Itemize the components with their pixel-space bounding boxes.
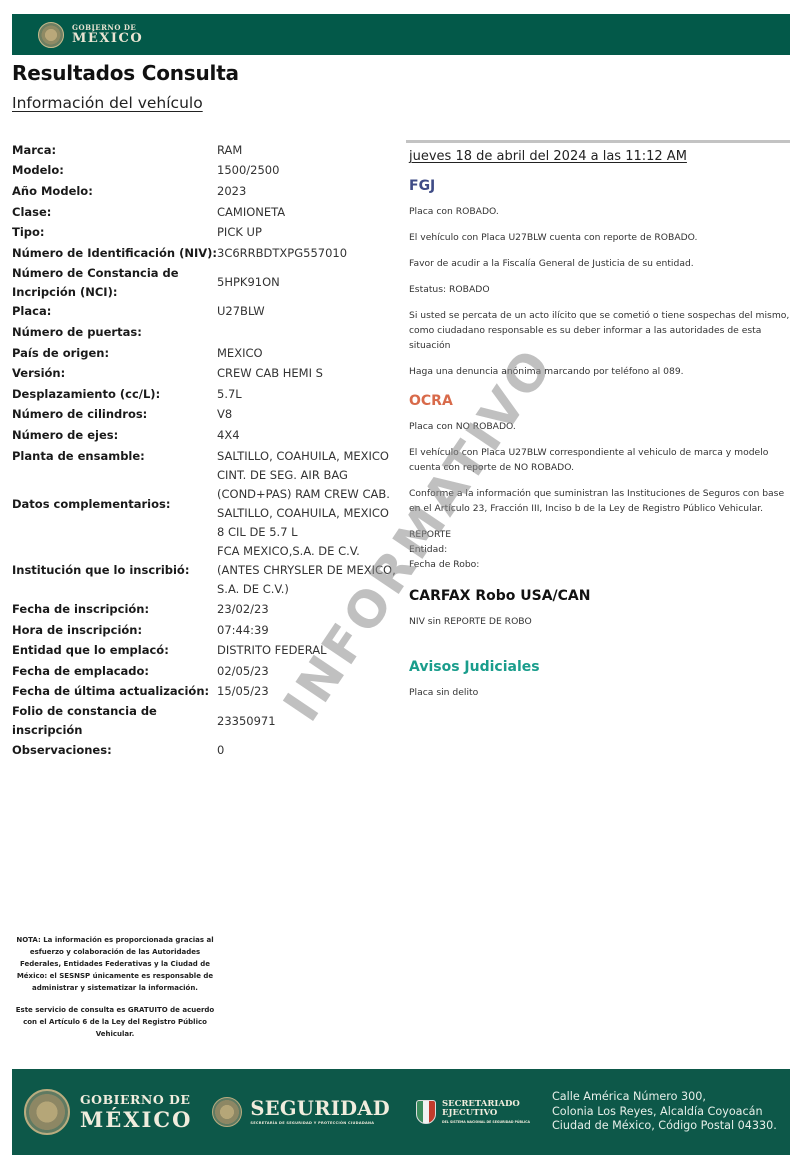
info-label: Número de Identificación (NIV): xyxy=(12,244,217,263)
footer-banner: GOBIERNO DE MÉXICO SEGURIDAD SECRETARÍA … xyxy=(12,1069,790,1155)
info-row: Número de Identificación (NIV):3C6RRBDTX… xyxy=(12,243,397,264)
info-value: 23350971 xyxy=(217,712,397,731)
info-label: Marca: xyxy=(12,141,217,160)
carfax-text: NIV sin REPORTE DE ROBO xyxy=(409,614,790,629)
info-row: País de origen:MEXICO xyxy=(12,343,397,364)
ocra-paragraph: El vehículo con Placa U27BLW correspondi… xyxy=(409,445,790,475)
ocra-paragraph: Placa con NO ROBADO. xyxy=(409,419,790,434)
address-line3: Ciudad de México, Código Postal 04330. xyxy=(552,1119,777,1134)
avisos-text: Placa sin delito xyxy=(409,685,790,700)
footer-sec-line3: DEL SISTEMA NACIONAL DE SEGURIDAD PÚBLIC… xyxy=(442,1120,530,1124)
info-label: Número de Constancia de Incripción (NCI)… xyxy=(12,264,217,302)
footer-gob-logo[interactable]: GOBIERNO DE MÉXICO xyxy=(80,1094,192,1130)
footer-sec-line2: EJECUTIVO xyxy=(442,1109,530,1118)
info-row: Placa:U27BLW xyxy=(12,302,397,323)
info-label: Fecha de última actualización: xyxy=(12,682,217,701)
info-row: Datos complementarios:CINT. DE SEG. AIR … xyxy=(12,466,397,542)
info-value: 23/02/23 xyxy=(217,600,397,619)
info-row: Fecha de inscripción:23/02/23 xyxy=(12,599,397,620)
logo-line2: MÉXICO xyxy=(72,32,143,45)
info-row: Planta de ensamble:SALTILLO, COAHUILA, M… xyxy=(12,446,397,467)
report-entidad: Entidad: xyxy=(409,542,790,557)
fgj-paragraph: Estatus: ROBADO xyxy=(409,282,790,297)
info-row: Modelo:1500/2500 xyxy=(12,161,397,182)
info-row: Tipo:PICK UP xyxy=(12,222,397,243)
info-row: Hora de inscripción:07:44:39 xyxy=(12,620,397,641)
info-label: Datos complementarios: xyxy=(12,495,217,514)
report-fecha-robo: Fecha de Robo: xyxy=(409,557,790,572)
results-panel: jueves 18 de abril del 2024 a las 11:12 … xyxy=(406,140,790,711)
footer-address: Calle América Número 300, Colonia Los Re… xyxy=(552,1090,777,1134)
info-value: U27BLW xyxy=(217,302,397,321)
info-label: Hora de inscripción: xyxy=(12,621,217,640)
ocra-title: OCRA xyxy=(409,393,790,409)
info-label: Entidad que lo emplacó: xyxy=(12,641,217,660)
info-value: 02/05/23 xyxy=(217,662,397,681)
gobierno-de-mexico-logo[interactable]: GOBIERNO DE MÉXICO xyxy=(72,24,143,45)
info-value: PICK UP xyxy=(217,223,397,242)
info-value: CINT. DE SEG. AIR BAG (COND+PAS) RAM CRE… xyxy=(217,466,397,542)
footer-gob-line1: GOBIERNO DE xyxy=(80,1094,192,1107)
info-label: Desplazamiento (cc/L): xyxy=(12,385,217,404)
fgj-paragraph: Favor de acudir a la Fiscalía General de… xyxy=(409,256,790,271)
top-banner: GOBIERNO DE MÉXICO xyxy=(12,14,790,55)
vehicle-info-table: Marca:RAMModelo:1500/2500Año Modelo:2023… xyxy=(12,140,397,761)
info-row: Fecha de última actualización:15/05/23 xyxy=(12,682,397,703)
info-value: 4X4 xyxy=(217,426,397,445)
fgj-paragraph: Si usted se percata de un acto ilícito q… xyxy=(409,308,790,353)
info-row: Año Modelo:2023 xyxy=(12,181,397,202)
coat-of-arms-icon xyxy=(38,22,64,48)
info-label: Número de ejes: xyxy=(12,426,217,445)
info-row: Marca:RAM xyxy=(12,140,397,161)
report-label: REPORTE xyxy=(409,527,790,542)
address-line2: Colonia Los Reyes, Alcaldía Coyoacán xyxy=(552,1105,777,1120)
page-subtitle: Información del vehículo xyxy=(12,94,203,112)
fgj-paragraph: Placa con ROBADO. xyxy=(409,204,790,219)
info-label: Número de puertas: xyxy=(12,323,217,342)
info-value: V8 xyxy=(217,405,397,424)
info-value: 5HPK91ON xyxy=(217,273,397,292)
info-value: FCA MEXICO,S.A. DE C.V. (ANTES CHRYSLER … xyxy=(217,542,397,599)
info-label: Fecha de inscripción: xyxy=(12,600,217,619)
coat-of-arms-icon xyxy=(24,1089,70,1135)
ocra-section: Placa con NO ROBADO.El vehículo con Plac… xyxy=(406,419,790,516)
info-value: 07:44:39 xyxy=(217,621,397,640)
info-label: Versión: xyxy=(12,364,217,383)
info-label: Tipo: xyxy=(12,223,217,242)
info-label: Placa: xyxy=(12,302,217,321)
secretariado-shield-icon xyxy=(416,1100,436,1124)
info-value: RAM xyxy=(217,141,397,160)
fgj-paragraph: El vehículo con Placa U27BLW cuenta con … xyxy=(409,230,790,245)
info-label: Número de cilindros: xyxy=(12,405,217,424)
disclaimer-note: NOTA: La información es proporcionada gr… xyxy=(12,934,218,1050)
info-row: Clase:CAMIONETA xyxy=(12,202,397,223)
info-row: Número de cilindros:V8 xyxy=(12,405,397,426)
info-label: Año Modelo: xyxy=(12,182,217,201)
avisos-title: Avisos Judiciales xyxy=(409,659,790,675)
info-value: SALTILLO, COAHUILA, MEXICO xyxy=(217,447,397,466)
info-row: Fecha de emplacado:02/05/23 xyxy=(12,661,397,682)
info-label: Folio de constancia de inscripción xyxy=(12,702,217,740)
info-row: Entidad que lo emplacó:DISTRITO FEDERAL xyxy=(12,641,397,662)
info-label: Institución que lo inscribió: xyxy=(12,561,217,580)
footer-seguridad-logo[interactable]: SEGURIDAD SECRETARÍA DE SEGURIDAD Y PROT… xyxy=(250,1099,390,1125)
info-row: Folio de constancia de inscripción233509… xyxy=(12,702,397,740)
footer-seg-line1: SEGURIDAD xyxy=(250,1099,390,1119)
info-row: Versión:CREW CAB HEMI S xyxy=(12,363,397,384)
footer-secretariado-logo[interactable]: SECRETARIADO EJECUTIVO DEL SISTEMA NACIO… xyxy=(442,1100,530,1124)
info-value: DISTRITO FEDERAL xyxy=(217,641,397,660)
gratuito-paragraph: Este servicio de consulta es GRATUITO de… xyxy=(12,1004,218,1040)
carfax-title: CARFAX Robo USA/CAN xyxy=(409,588,790,604)
query-date: jueves 18 de abril del 2024 a las 11:12 … xyxy=(409,149,790,164)
info-value: 0 xyxy=(217,741,397,760)
info-label: Planta de ensamble: xyxy=(12,447,217,466)
fgj-section: Placa con ROBADO.El vehículo con Placa U… xyxy=(406,204,790,379)
address-line1: Calle América Número 300, xyxy=(552,1090,777,1105)
info-row: Número de puertas: xyxy=(12,322,397,343)
info-value: CAMIONETA xyxy=(217,203,397,222)
info-value: 5.7L xyxy=(217,385,397,404)
info-label: País de origen: xyxy=(12,344,217,363)
info-label: Fecha de emplacado: xyxy=(12,662,217,681)
info-label: Modelo: xyxy=(12,161,217,180)
fgj-title: FGJ xyxy=(409,178,790,194)
info-row: Observaciones:0 xyxy=(12,740,397,761)
info-value: 2023 xyxy=(217,182,397,201)
ocra-paragraph: Conforme a la información que suministra… xyxy=(409,486,790,516)
info-row: Número de Constancia de Incripción (NCI)… xyxy=(12,264,397,302)
info-row: Institución que lo inscribió:FCA MEXICO,… xyxy=(12,542,397,599)
ocra-report: REPORTE Entidad: Fecha de Robo: xyxy=(409,527,790,572)
nota-paragraph: NOTA: La información es proporcionada gr… xyxy=(12,934,218,994)
footer-seg-line2: SECRETARÍA DE SEGURIDAD Y PROTECCIÓN CIU… xyxy=(250,1122,390,1126)
info-label: Observaciones: xyxy=(12,741,217,760)
info-value: 15/05/23 xyxy=(217,682,397,701)
seguridad-seal-icon xyxy=(212,1097,242,1127)
logo-line1: GOBIERNO DE xyxy=(72,24,143,31)
footer-gob-line2: MÉXICO xyxy=(80,1109,192,1130)
info-value: CREW CAB HEMI S xyxy=(217,364,397,383)
info-row: Número de ejes:4X4 xyxy=(12,425,397,446)
info-value: 1500/2500 xyxy=(217,161,397,180)
info-row: Desplazamiento (cc/L):5.7L xyxy=(12,384,397,405)
divider xyxy=(406,140,790,143)
fgj-paragraph: Haga una denuncia anónima marcando por t… xyxy=(409,364,790,379)
info-label: Clase: xyxy=(12,203,217,222)
info-value: 3C6RRBDTXPG557010 xyxy=(217,244,397,263)
page-title: Resultados Consulta xyxy=(12,61,239,85)
info-value: MEXICO xyxy=(217,344,397,363)
